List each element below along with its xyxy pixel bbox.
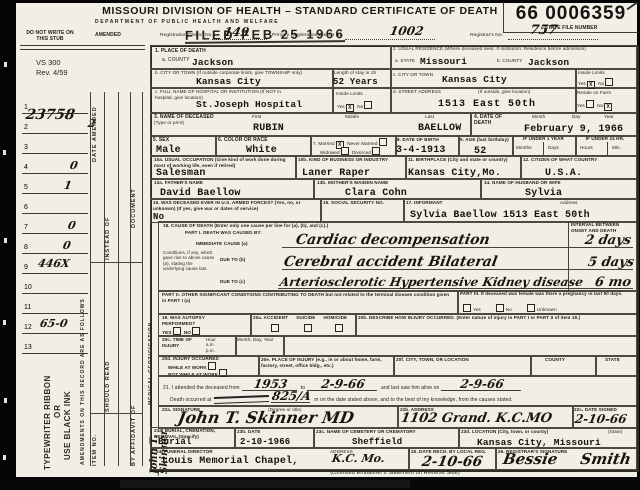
state-file-label: STATE FILE NUMBER — [506, 25, 636, 31]
divider — [118, 92, 119, 466]
film-mark — [3, 150, 6, 155]
asd-labels: 20a. ACCIDENT SUICIDE HOMICIDE — [253, 315, 347, 321]
married-label: Married — [318, 141, 334, 146]
burial-value: Burial — [158, 438, 192, 447]
injury-city-label: 20f. CITY, TOWN, OR LOCATION — [396, 357, 469, 363]
pregnancy-no-checkbox — [496, 304, 504, 312]
stub-line-number: 8 — [24, 244, 28, 251]
cemetery-label: 23c. NAME OF CEMETERY OR CREMATORY — [316, 429, 416, 435]
place-of-injury-label: 20e. PLACE OF INJURY (e.g., in or about … — [261, 357, 389, 368]
street-label: d. STREET ADDRESS — [393, 89, 441, 95]
should-read-label: SHOULD READ — [106, 358, 112, 412]
instead-of-label: INSTEAD OF — [106, 180, 112, 260]
due-to-c-label: DUE TO (c) — [220, 279, 245, 285]
stub-entry: 0 — [67, 220, 77, 231]
film-bottom-highlight — [120, 480, 410, 488]
residence-section-label: 2. USUAL RESIDENCE (Where deceased lived… — [393, 46, 633, 52]
pod-county-value: Jackson — [192, 58, 233, 68]
pod-inside-limits-checks: YesX No — [337, 101, 374, 112]
cemetery-value: Sheffield — [352, 438, 402, 447]
yes-label: Yes — [578, 81, 586, 86]
due-to-b-label: DUE TO (b) — [220, 257, 245, 263]
stay-label: Length of stay in 1b — [334, 70, 376, 76]
year-label: Year — [604, 114, 614, 120]
divider — [90, 92, 91, 466]
hospital-value: St.Joseph Hospital — [196, 100, 302, 110]
death-time-handwriting: 825/A — [271, 390, 312, 403]
res-city-value: Kansas City — [442, 75, 507, 85]
occupation-label: 10a. USUAL OCCUPATION (Give kind of work… — [154, 157, 292, 168]
stub-entry: 23758 — [25, 108, 76, 122]
cause-b-handwriting: Cerebral accident Bilateral — [283, 255, 499, 269]
stub-line-number: 11 — [24, 304, 31, 311]
stub-row: 3 — [22, 133, 88, 154]
stub-row: 8 — [22, 233, 88, 254]
street-note: (If outside, give location) — [478, 89, 531, 95]
informant-label: 17. INFORMANT — [406, 200, 443, 206]
res-state-value: Missouri — [420, 57, 467, 67]
stub-row: 6 — [22, 193, 88, 214]
race-label: 6. COLOR OR RACE — [218, 137, 268, 143]
under1-label: IF UNDER 1 YEAR — [513, 136, 574, 142]
never-married-label: Never Married — [347, 141, 377, 146]
part3-no: No — [495, 304, 512, 313]
stub-line-number: 10 — [24, 284, 32, 291]
document-label: DOCUMENT — [132, 118, 138, 228]
stub-entry: 446X — [37, 258, 70, 269]
stub-line-number: 3 — [24, 144, 28, 151]
pregnancy-unknown-checkbox — [527, 304, 535, 312]
scanned-death-certificate: MISSOURI DIVISION OF HEALTH – STANDARD C… — [0, 0, 640, 490]
res-inside-limits-label: Inside Limits — [578, 70, 605, 76]
divider — [607, 142, 608, 155]
part3-checks: Yes No Unknown — [462, 304, 632, 313]
dob-label: 8. DATE OF BIRTH — [397, 137, 439, 143]
stub-row: 13 — [22, 333, 88, 354]
last-saw-handwriting: 2-9-66 — [441, 378, 523, 391]
pm-label: p.m. — [206, 348, 215, 353]
stub-line-number: 9 — [24, 264, 28, 271]
day-label: Day — [572, 114, 580, 120]
registrar-no-label: Registrar's No. — [470, 33, 503, 39]
divider — [543, 142, 544, 155]
part2-label: PART II. OTHER SIGNIFICANT CONDITIONS CO… — [162, 292, 452, 303]
stub-entry: 0 — [62, 240, 72, 251]
stub-line-number: 13 — [24, 344, 32, 351]
do-not-write-label: DO NOT WRITE ON THIS STUB — [24, 30, 76, 42]
date-received-handwriting: 2-10-66 — [421, 455, 484, 469]
divider — [20, 45, 145, 50]
hours-label: Hours — [580, 145, 593, 151]
homicide-label: HOMICIDE — [323, 315, 347, 321]
name-note: (Type or print) — [154, 120, 184, 125]
days-label: Days — [548, 145, 559, 151]
by-affidavit-label: BY AFFIDAVIT OF — [132, 388, 138, 466]
accident-label: 20a. ACCIDENT — [253, 315, 288, 321]
amended-label: AMENDED — [95, 32, 121, 38]
conditions-note: Conditions, if any, which gave rise to a… — [163, 250, 215, 271]
interval-c-handwriting: 6 mo — [594, 276, 632, 289]
funeral-director-value: Louis Memorial Chapel, — [162, 457, 298, 467]
part3-unknown-label: Unknown — [537, 307, 557, 312]
injury-county-label: COUNTY — [545, 357, 565, 363]
pod-city-label: b. CITY OR TOWN (If outside corporate li… — [155, 70, 327, 76]
stub-row: 7 — [22, 213, 88, 234]
registrar-no-value: 757 — [529, 24, 558, 37]
months-label: Months — [516, 145, 532, 151]
attended-line: 21. I attended the deceased from 1953 to… — [163, 377, 522, 391]
department-subtitle: DEPARTMENT OF PUBLIC HEALTH AND WELFARE — [95, 19, 279, 25]
funeral-director-label: 24. FUNERAL DIRECTOR — [156, 449, 213, 455]
pod-city-value: Kansas City — [196, 77, 261, 87]
attended-to-handwriting: 2-9-66 — [307, 378, 379, 391]
informant-value: Sylvia Baellow 1513 East 50th — [410, 211, 590, 221]
pregnancy-yes-checkbox — [463, 304, 471, 312]
embalmer-footer-note: (Licensed Embalmer's Statement on Revers… — [270, 470, 520, 477]
burial-date-label: 23b. DATE — [237, 429, 261, 435]
widowed-checkbox — [341, 147, 349, 155]
res-county-value: Jackson — [528, 58, 569, 68]
use-black-ink-or: OR — [54, 398, 62, 418]
dod-label: 4. DATE OF DEATH — [474, 114, 504, 126]
page-title: MISSOURI DIVISION OF HEALTH – STANDARD C… — [95, 6, 505, 17]
stub-entry: 65-0 — [39, 318, 68, 329]
divider — [90, 262, 142, 263]
first-label: First — [252, 114, 261, 120]
ssn-label: 16. SOCIAL SECURITY NO. — [323, 200, 399, 206]
farm-checks: Yes NoX — [577, 100, 614, 111]
yes-label: Yes — [577, 103, 585, 108]
filed-date-stamp: FILED FEB 25 1966 — [185, 27, 345, 44]
stub-line-number: 2 — [24, 124, 28, 131]
state-file-number: 66 0006359 — [506, 4, 636, 23]
describe-injury-label: 20b. DESCRIBE HOW INJURY OCCURRED. (Ente… — [358, 315, 632, 321]
typewriter-ribbon-label: TYPEWRITER RIBBON — [44, 352, 52, 470]
res-city-label: c. CITY OR TOWN — [393, 72, 433, 78]
cause-a-handwriting: Cardiac decompensation — [295, 233, 491, 247]
street-value: 1513 East 50th — [438, 100, 536, 110]
immediate-cause-label: IMMEDIATE CAUSE (a) — [196, 241, 248, 247]
form-code-value: VS 300 — [36, 58, 61, 67]
death-occurred-label: Death occurred at — [170, 397, 211, 403]
res-inside-limits-no-checkbox — [605, 78, 613, 86]
am-label: a.m. — [206, 342, 215, 347]
informant-address-label: Address — [560, 200, 578, 206]
autopsy-yes-checkbox — [173, 327, 181, 335]
part3-label: PART III. If deceased was female was the… — [460, 291, 632, 297]
farm-label: Reside on Farm — [577, 90, 611, 96]
month-label: Month — [532, 114, 545, 120]
hour-ampm-labels: Hour a.m. p.m. — [206, 337, 230, 353]
sex-label: 5. SEX — [153, 137, 169, 143]
interval-a-handwriting: 2 days — [584, 234, 632, 247]
stub-line-number: 12 — [24, 324, 32, 331]
primary-district-value: 1002 — [389, 25, 425, 37]
death-occurred-tail: m on the date stated above, and to the b… — [314, 397, 513, 403]
autopsy-label: 19. WAS AUTOPSY PERFORMED? — [162, 315, 222, 326]
autopsy-no-checkbox — [192, 327, 200, 335]
injury-state-label: STATE — [605, 357, 620, 363]
medical-certification-label: MEDICAL CERTIFICATION — [149, 245, 154, 405]
form-revision: Rev. 4/59 — [36, 68, 68, 77]
interval-label: INTERVAL BETWEEN ONSET AND DEATH — [571, 222, 633, 233]
last-label: Last — [425, 114, 434, 120]
name-label: 3. NAME OF DECEASED (Type or print) — [154, 114, 224, 126]
burial-location-state-label: (State) — [608, 429, 623, 435]
cause-c-handwriting: Arteriosclerotic Hypertensive Kidney dis… — [279, 276, 584, 288]
registrar-signature-handwriting: Bessie Smith — [502, 452, 632, 467]
month-day-year-label: Month, Day, Year — [237, 337, 281, 343]
stub-line-number: 6 — [24, 204, 28, 211]
funeral-address-handwriting: K.C. Mo. — [331, 453, 386, 464]
pod-county-label: a. COUNTY — [162, 57, 190, 63]
cause-of-death-label: 18. CAUSE OF DEATH (Enter only one cause… — [163, 223, 328, 229]
middle-label: Middle — [345, 114, 359, 120]
film-mark — [3, 320, 6, 325]
date-amended-label: DATE AMENDED — [93, 98, 99, 162]
pod-inside-limits-label: Inside Limits — [336, 91, 363, 97]
never-married-checkbox — [379, 138, 387, 146]
suicide-label: SUICIDE — [296, 315, 315, 321]
divider — [345, 39, 435, 40]
homicide-checkbox — [335, 324, 343, 332]
date-of-death-value: February 9, 1966 — [524, 125, 623, 135]
accident-checkbox — [271, 324, 279, 332]
death-occurred-line: Death occurred at 825/A m on the date st… — [170, 391, 513, 403]
burial-date-value: 2-10-1966 — [240, 438, 290, 447]
res-state-label: a. STATE — [395, 58, 415, 64]
part3-yes-label: Yes — [473, 307, 481, 312]
interval-b-handwriting: 5 days — [587, 256, 635, 269]
yes-label: Yes — [337, 104, 345, 109]
res-county-label: b. COUNTY — [497, 58, 522, 64]
stub-entry: 0 — [69, 160, 79, 171]
part3-no-label: No — [506, 307, 512, 312]
no-label: No — [598, 81, 604, 86]
physician-signature-handwriting: John T. Skinner MD — [177, 410, 356, 426]
last-name-value: BAELLOW — [418, 124, 461, 134]
part1-label: PART I. DEATH WAS CAUSED BY: — [185, 230, 262, 236]
first-name-value: RUBIN — [253, 124, 284, 134]
time-of-injury-label: 20c. TIME OF INJURY — [162, 337, 202, 348]
film-mark — [4, 398, 7, 403]
stub-row: 11 — [22, 293, 88, 314]
farm-no-checkbox: X — [604, 103, 612, 111]
physician-address-handwriting: 1102 Grand. K.C.MO — [400, 412, 553, 425]
place-of-death-label: 1. PLACE OF DEATH — [155, 48, 206, 54]
pod-inside-limits-yes-checkbox: X — [346, 104, 354, 112]
film-mark — [4, 62, 7, 67]
birthplace-label: 11. BIRTHPLACE (City and state or countr… — [408, 157, 516, 163]
stay-value: 52 Years — [333, 78, 378, 87]
stub-row: 10 — [22, 273, 88, 294]
farm-yes-checkbox — [586, 100, 594, 108]
min-label: Min. — [612, 145, 621, 151]
under24-label: IF UNDER 24 HR. — [576, 136, 634, 142]
item-no-label: ITEM NO. — [93, 418, 99, 466]
spouse-label: 14. NAME OF HUSBAND OR WIFE — [484, 180, 561, 186]
marital-number: 7. — [313, 141, 317, 146]
hour-label: Hour — [206, 337, 216, 342]
no-label: No — [357, 104, 363, 109]
stub-line-number: 5 — [24, 184, 28, 191]
date-signed-handwriting: 2-10-66 — [574, 413, 628, 425]
father-label: 13a. FATHER'S NAME — [154, 180, 203, 186]
divorced-checkbox — [372, 147, 380, 155]
field-injury-blank — [283, 335, 637, 357]
divider — [142, 92, 143, 466]
form-code: VS 300 Rev. 4/59 — [36, 58, 68, 78]
part3-yes: Yes — [462, 304, 481, 313]
amendments-label: AMENDMENTS ON THIS RECORD ARE AS FOLLOWS — [81, 215, 86, 465]
stub-line-number: 4 — [24, 164, 28, 171]
use-black-ink-label: USE BLACK INK — [64, 360, 72, 460]
age-label: 9. AGE (last birthday) — [460, 137, 510, 143]
stub-row: 5 — [22, 173, 88, 194]
crossed-out-entry — [214, 395, 269, 404]
divider — [508, 39, 598, 40]
injury-occurred-label: 20d. INJURY OCCURRED — [162, 356, 219, 362]
stub-line-number: 7 — [24, 224, 28, 231]
armed-forces-label: 15. WAS DECEASED EVER IN U.S. ARMED FORC… — [153, 200, 315, 211]
part3-unknown: Unknown — [526, 304, 557, 313]
suicide-checkbox — [304, 324, 312, 332]
film-mark — [3, 455, 6, 460]
no-label: No — [597, 103, 603, 108]
pod-inside-limits-no-checkbox — [364, 101, 372, 109]
burial-location-label: 23d. LOCATION (City, town, or county) — [461, 429, 548, 435]
film-mark — [4, 238, 7, 243]
mother-label: 13b. MOTHER'S MAIDEN NAME — [317, 180, 388, 186]
business-label: 10b. KIND OF BUSINESS OR INDUSTRY — [298, 157, 402, 163]
citizen-label: 12. CITIZEN OF WHAT COUNTRY — [523, 157, 631, 163]
